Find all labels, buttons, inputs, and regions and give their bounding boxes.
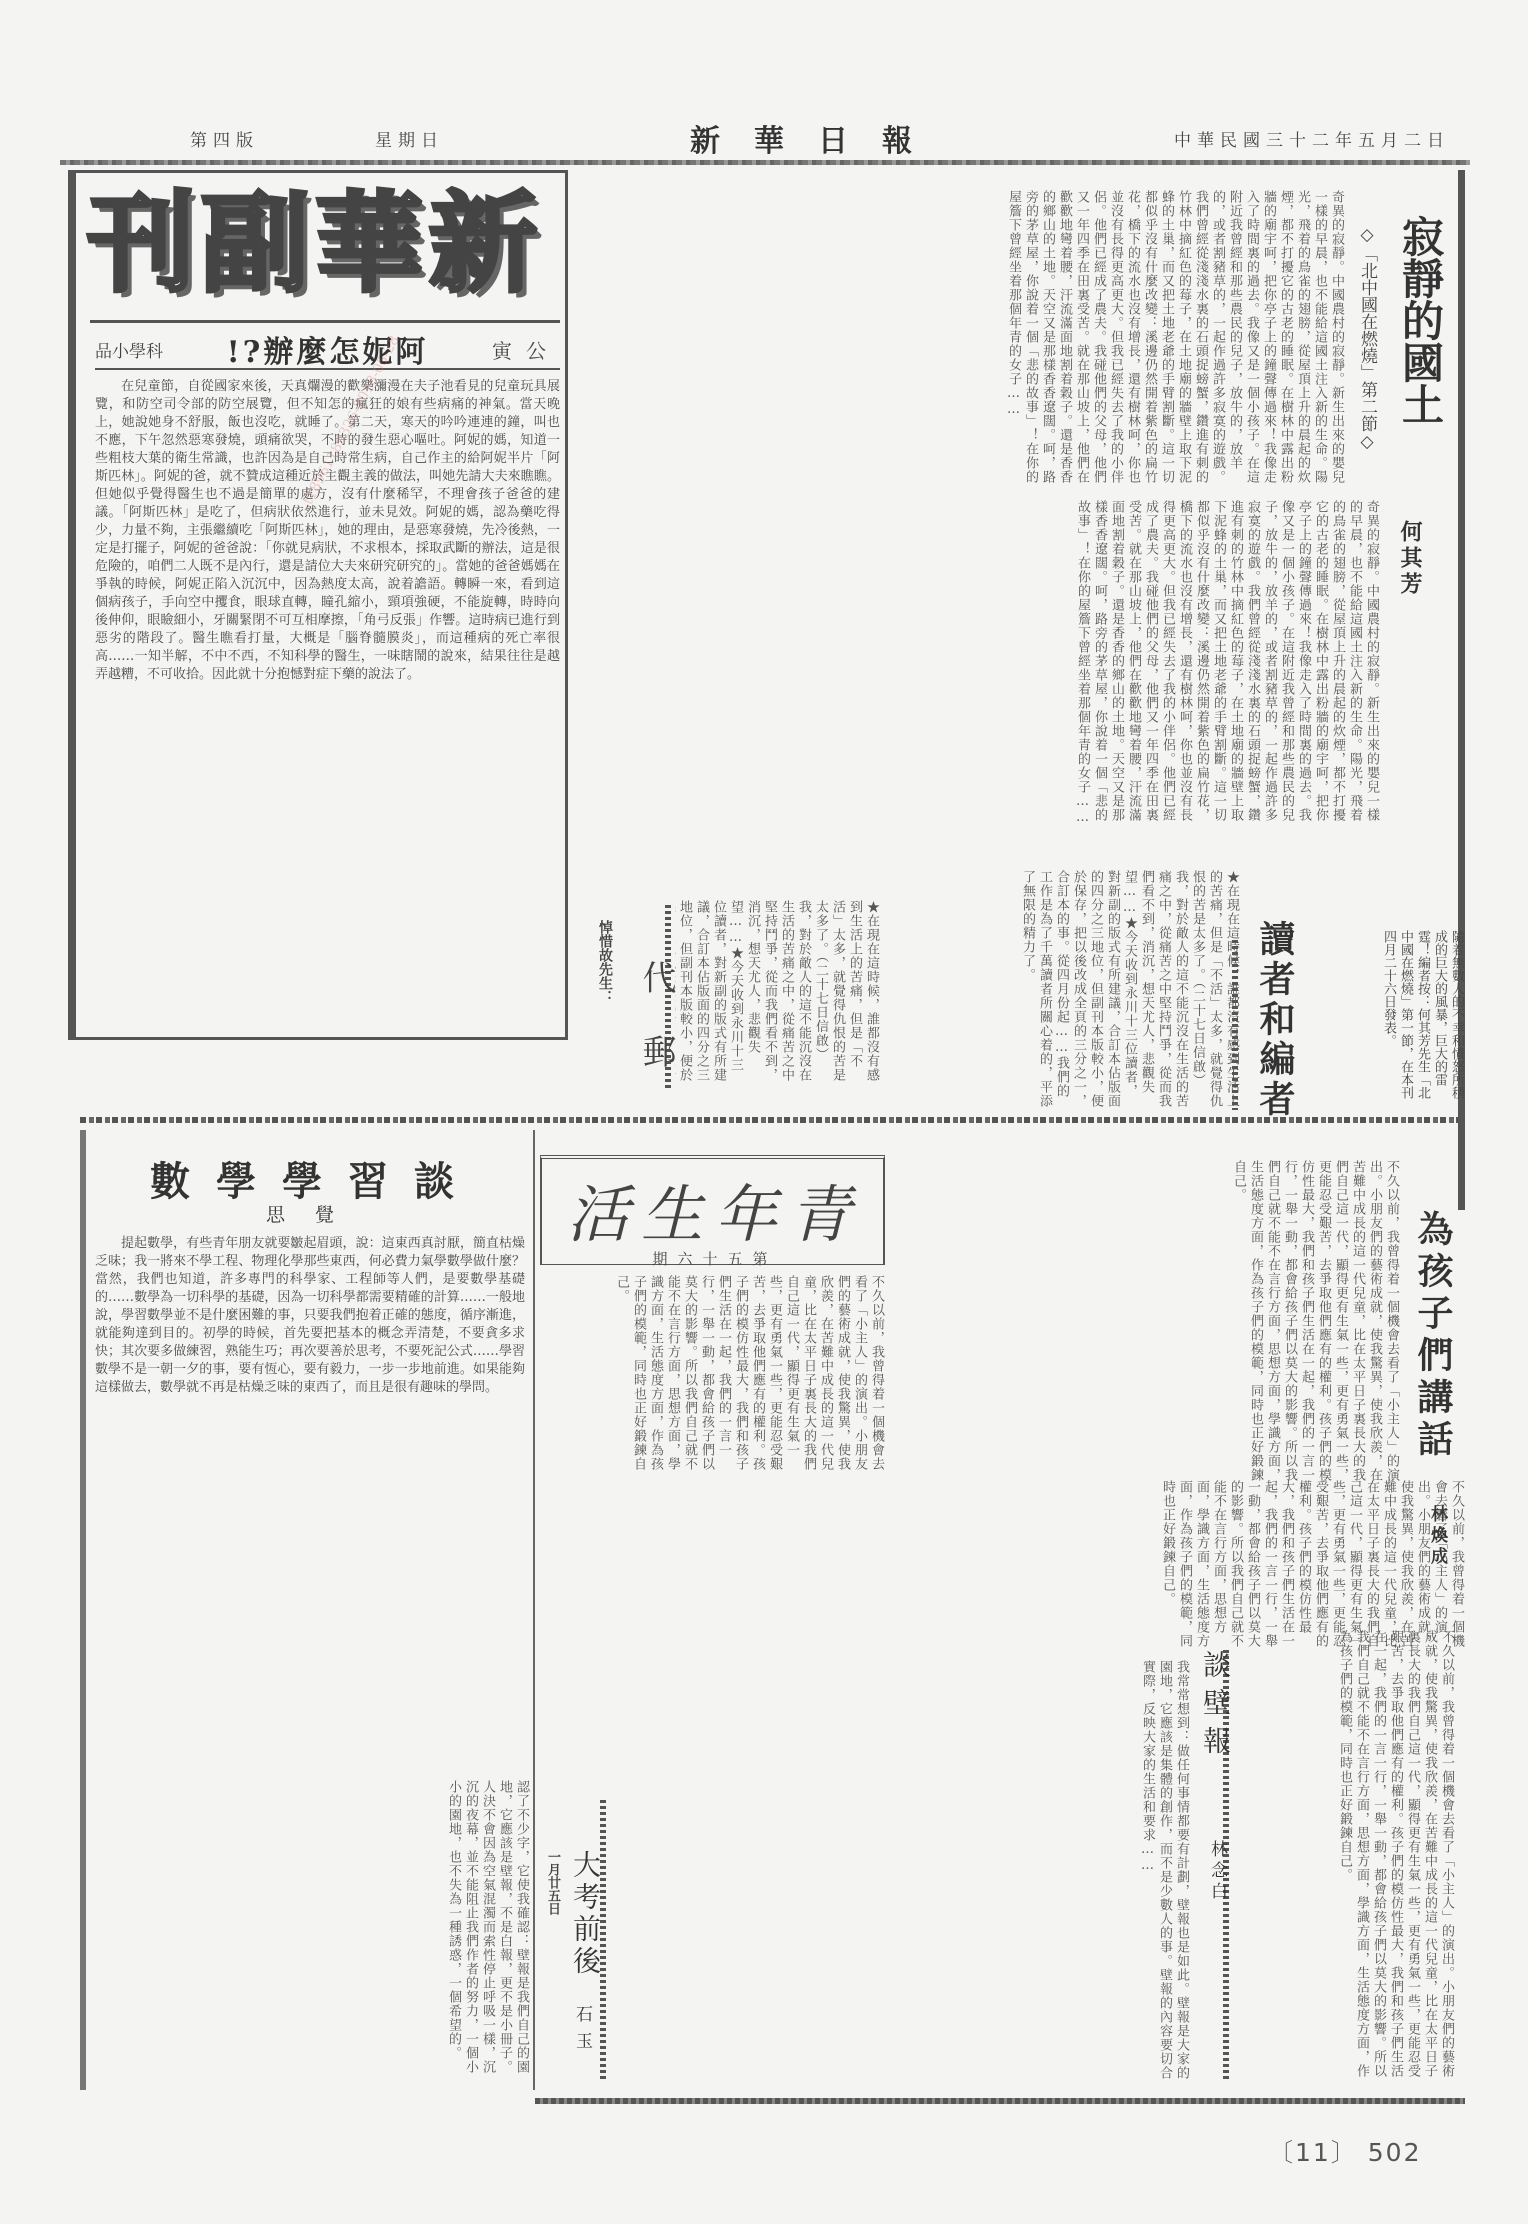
editor-note: 隨着無數人的不幸和憤怒所積成的巨大的風暴，巨大的雷霆！編者按：何其芳先生「北中國…	[1410, 930, 1465, 1100]
exam-article-body: 認了不少字，它使我確認：壁報是我們自己的園地，它應該是壁報，不是白報，更不是小冊…	[85, 1780, 530, 2080]
kids-article-body-lower: 不久以前，我曾得着一個機會去看了「小主人」的演出。小朋友們的藝術成就，使我驚異，…	[1230, 1630, 1455, 2090]
youth-life-body: 不久以前，我曾得着一個機會去看了「小主人」的演出。小朋友們的藝術成就，使我驚異，…	[545, 1275, 885, 1475]
math-article-title: 談習學學數	[135, 1150, 495, 1207]
newspaper-name: 新華日報	[690, 116, 946, 160]
page-number: 〔11〕 502	[1268, 2133, 1421, 2169]
wall-news-body: 我常常想到：做任何事情都要有計劃，壁報也是如此。壁報是大家的園地，它應該是集體的…	[610, 1660, 1190, 2080]
math-article-author: 思覺	[135, 1200, 495, 1227]
ani-byline: 公寅	[492, 335, 560, 364]
masthead-divider	[60, 160, 1470, 165]
supplement-title: 新華副刊	[80, 180, 550, 310]
exam-article-title: 大考前後	[565, 1850, 605, 1978]
weekday-label: 星期日	[375, 126, 444, 151]
kids-article-body-upper: 不久以前，我曾得着一個機會去看了「小主人」的演出。小朋友們的藝術成就，使我驚異，…	[890, 1160, 1400, 1490]
publication-date: 中華民國三十二年五月二日	[1174, 126, 1450, 151]
wall-news-title: 談壁報	[1195, 1650, 1235, 1764]
silent-land-subtitle: ◇「北中國在燃燒」第二節◇	[1355, 225, 1380, 452]
ani-article-header: 科學小品 阿妮怎麼辦?! 公寅	[95, 330, 560, 370]
youth-life-title: 青年生活	[555, 1165, 875, 1254]
mail-title: 代郵	[632, 960, 681, 1108]
ani-kicker: 科學小品	[95, 337, 163, 362]
wall-news-author: 林念白	[1205, 1840, 1230, 1903]
silent-land-author: 何其芳	[1395, 520, 1426, 598]
masthead: 第四版 星期日 新華日報 中華民國三十二年五月二日	[110, 120, 1450, 154]
silent-land-body-upper: 奇異的寂靜。中國農村的寂靜。新生出來的嬰兒一樣的早晨，也不能給這國土注入新的生命…	[590, 190, 1345, 490]
kids-article-title: 為孩子們講話	[1408, 1210, 1459, 1462]
kids-article-body-middle: 不久以前，我曾得着一個機會去看了「小主人」的演出。小朋友們的藝術成就，使我驚異，…	[545, 1480, 1465, 1650]
mail-salutation: 悼惜故先生：	[595, 920, 615, 1004]
readers-editor-title: 讀者和編者	[1250, 920, 1301, 1120]
section-divider	[80, 1117, 1465, 1123]
exam-article-author: 石玉	[570, 2005, 595, 2059]
mail-adjacent-text: ★在現在這時候，誰都沒有感到生活上的苦痛，但是「不活」太多，就覺得仇恨的苦是太多…	[675, 900, 880, 1085]
silent-land-body-lower: 奇異的寂靜。中國農村的寂靜。新生出來的嬰兒一樣的早晨，也不能給這國土注入新的生命…	[590, 500, 1380, 830]
edition-label: 第四版	[190, 126, 259, 151]
silent-land-title: 寂靜的國土	[1390, 215, 1450, 425]
youth-life-issue: 第五十六期	[640, 1248, 790, 1269]
supplement-divider	[90, 320, 560, 323]
exam-date-note: 一月廿五日	[543, 1850, 562, 1915]
readers-editor-body: ★在現在這時候，誰都沒有感到生活上的苦痛，但是「不活」太多，就覺得仇恨的苦是太多…	[880, 870, 1240, 1110]
bottom-divider	[535, 2098, 1465, 2104]
